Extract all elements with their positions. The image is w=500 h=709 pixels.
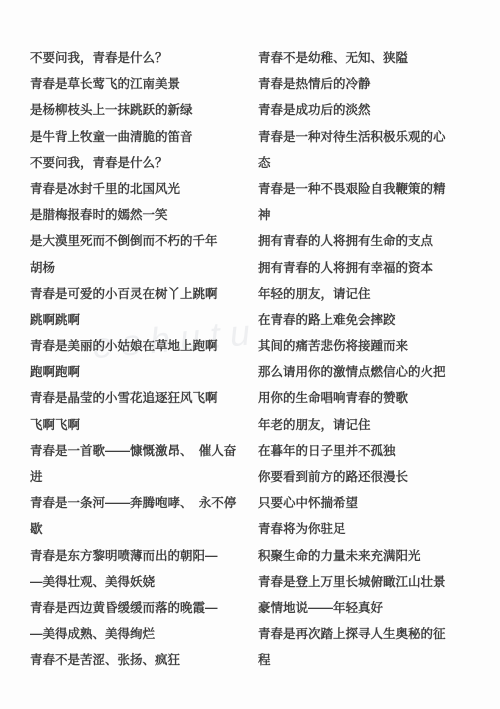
text-line: 豪情地说——年轻真好 — [258, 595, 490, 621]
text-line: 飞啊飞啊 — [30, 412, 248, 438]
text-line: 年轻的朋友，请记住 — [258, 281, 490, 307]
text-line: 进 — [30, 464, 248, 490]
text-line: 青春是成功后的淡然 — [258, 97, 490, 123]
text-line: 青春是登上万里长城俯瞰江山壮景 — [258, 569, 490, 595]
text-line: 青春将为你驻足 — [258, 516, 490, 542]
text-line: 青春是东方黎明喷薄而出的朝阳— — [30, 543, 248, 569]
text-line: 青春不是幼稚、无知、狭隘 — [258, 45, 490, 71]
text-line: 跳啊跳啊 — [30, 307, 248, 333]
text-line: 在暮年的日子里并不孤独 — [258, 438, 490, 464]
text-line: 青春是一种不畏艰险自我鞭策的精 — [258, 176, 490, 202]
text-line: 青春是西边黄昏缓缓而落的晚霞— — [30, 595, 248, 621]
text-line: 是大漠里死而不倒倒而不朽的千年 — [30, 228, 248, 254]
text-line: 青春是晶莹的小雪花追逐狂风飞啊 — [30, 385, 248, 411]
text-line: 青春是可爱的小百灵在树丫上跳啊 — [30, 281, 248, 307]
text-line: 是腊梅报春时的嫣然一笑 — [30, 202, 248, 228]
text-line: 用你的生命唱响青春的赞歌 — [258, 385, 490, 411]
text-line: 那么请用你的激情点燃信心的火把 — [258, 359, 490, 385]
text-line: 态 — [258, 150, 490, 176]
text-line: 歇 — [30, 516, 248, 542]
text-line: 青春不是苦涩、张扬、疯狂 — [30, 647, 248, 673]
text-line: 只要心中怀揣希望 — [258, 490, 490, 516]
poem-left-column: 不要问我，青春是什么？青春是草长莺飞的江南美景是杨柳枝头上一抹跳跃的新绿是牛背上… — [30, 45, 248, 674]
text-line: 青春是草长莺飞的江南美景 — [30, 71, 248, 97]
text-line: 是牛背上牧童一曲清脆的笛音 — [30, 124, 248, 150]
text-line: —美得成熟、美得绚烂 — [30, 621, 248, 647]
text-line: 青春是热情后的冷静 — [258, 71, 490, 97]
text-line: 其间的痛苦悲伤将接踵而来 — [258, 333, 490, 359]
text-line: 胡杨 — [30, 255, 248, 281]
text-line: 是杨柳枝头上一抹跳跃的新绿 — [30, 97, 248, 123]
text-line: —美得壮观、美得妖娆 — [30, 569, 248, 595]
text-line: 你要看到前方的路还很漫长 — [258, 464, 490, 490]
text-line: 青春是冰封千里的北国风光 — [30, 176, 248, 202]
text-line: 拥有青春的人将拥有幸福的资本 — [258, 255, 490, 281]
text-line: 在青春的路上难免会摔跤 — [258, 307, 490, 333]
text-line: 跑啊跑啊 — [30, 359, 248, 385]
text-line: 不要问我，青春是什么？ — [30, 150, 248, 176]
text-line: 青春是再次踏上探寻人生奥秘的征 — [258, 621, 490, 647]
text-line: 积聚生命的力量未来充满阳光 — [258, 543, 490, 569]
text-line: 青春是一条河——奔腾咆哮、 永不停 — [30, 490, 248, 516]
text-line: 年老的朋友，请记住 — [258, 412, 490, 438]
document-page: eshutu 不要问我，青春是什么？青春是草长莺飞的江南美景是杨柳枝头上一抹跳跃… — [0, 0, 500, 709]
text-line: 拥有青春的人将拥有生命的支点 — [258, 228, 490, 254]
text-line: 神 — [258, 202, 490, 228]
text-line: 不要问我，青春是什么？ — [30, 45, 248, 71]
text-line: 青春是一种对待生活积极乐观的心 — [258, 124, 490, 150]
text-line: 青春是一首歌——慷慨激昂、 催人奋 — [30, 438, 248, 464]
poem-right-column: 青春不是幼稚、无知、狭隘青春是热情后的冷静青春是成功后的淡然青春是一种对待生活积… — [258, 45, 490, 674]
text-line: 程 — [258, 647, 490, 673]
text-line: 青春是美丽的小姑娘在草地上跑啊 — [30, 333, 248, 359]
